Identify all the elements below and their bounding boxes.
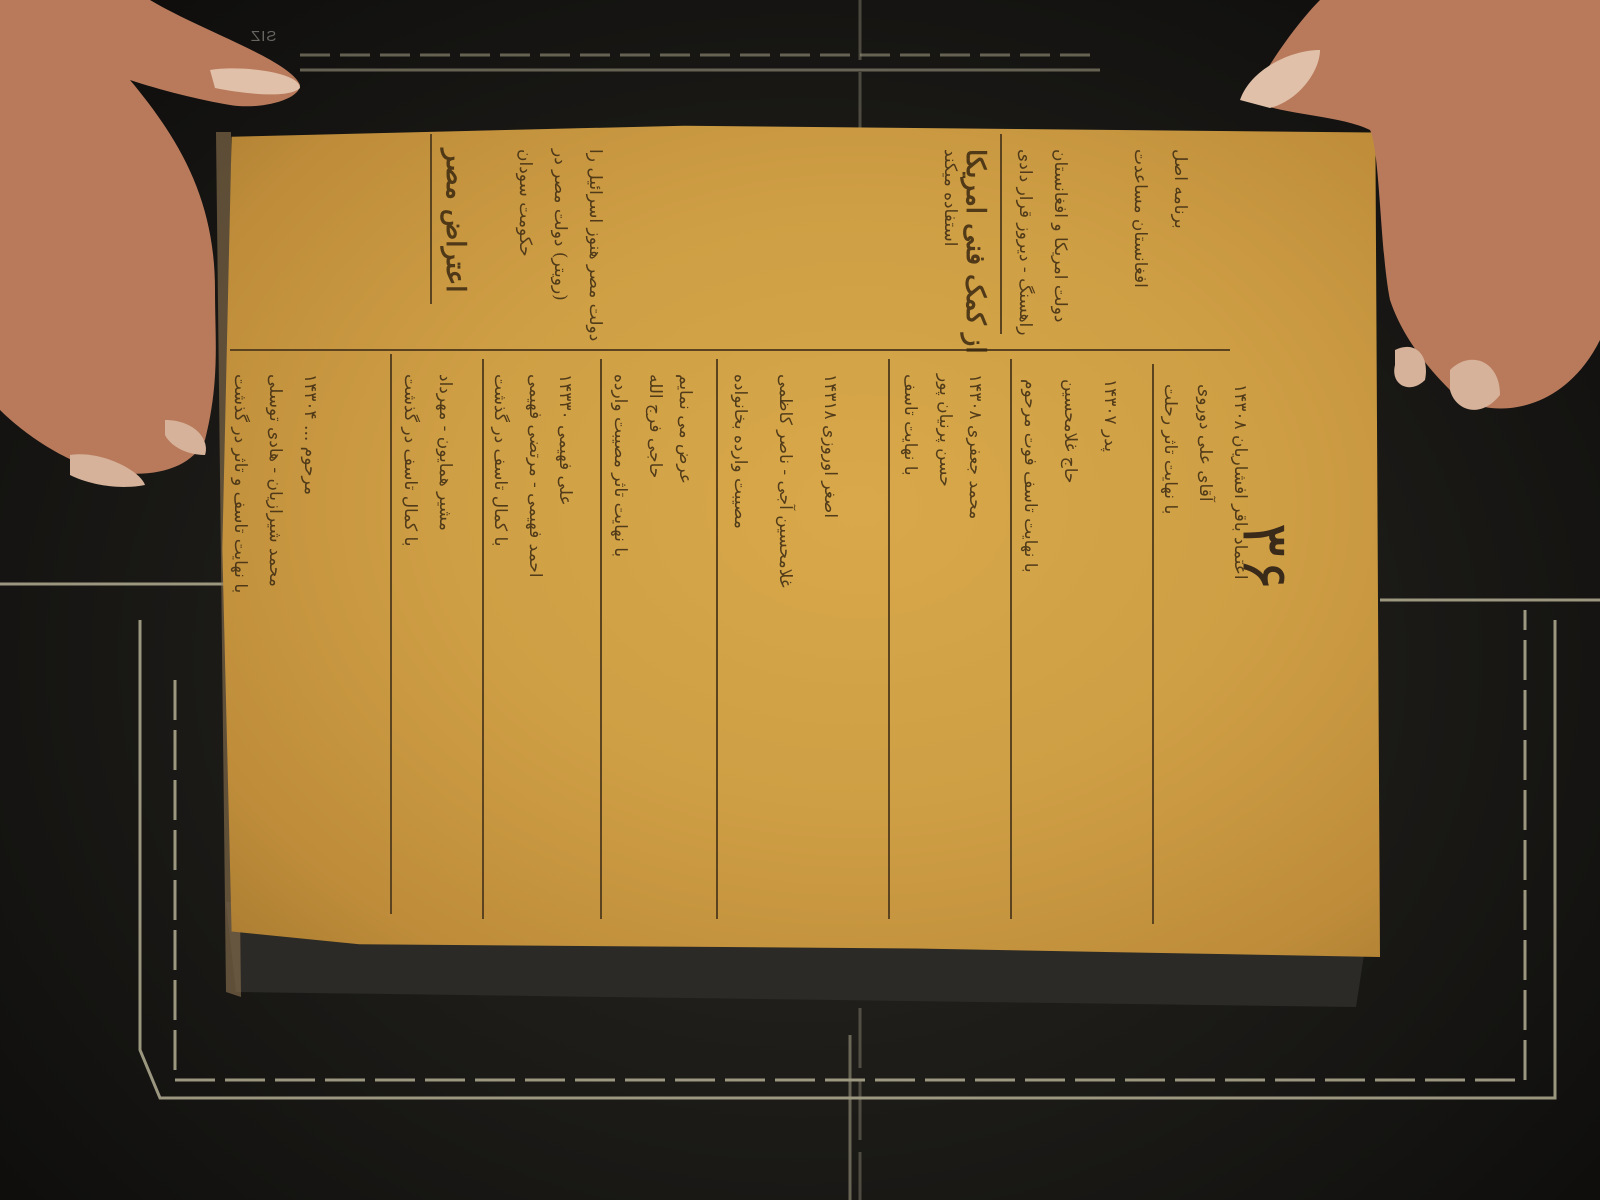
column-rule	[482, 359, 484, 919]
article-line: دولت امریکا و افغانستان	[1050, 149, 1070, 323]
handwritten-number: ۳۶	[1227, 523, 1301, 592]
article-line: راهسنگ - دیروز قرار دادی	[1015, 149, 1035, 335]
column-rule	[430, 134, 432, 304]
section-divider	[230, 349, 1230, 351]
column-rule	[600, 359, 602, 919]
notice-line: پدر ۱۴۳۰۷	[1100, 379, 1120, 452]
right-hand	[1230, 0, 1600, 430]
notice-line: آقای علی دوروی	[1195, 384, 1215, 502]
article-line: دولت مصر هنوز اسرائیل را	[585, 149, 605, 341]
notice-line: غلامحسین آجی - ناصر کاظمی	[775, 374, 795, 588]
article-line: افغانستان مساعدت	[1130, 149, 1150, 288]
newspaper-cover: اعتراض مصر حکومت سودان (رویتر) دولت مصر …	[220, 124, 1380, 974]
notice-line: عرض می نمایم	[675, 374, 695, 484]
left-hand	[0, 0, 320, 500]
notice-line: حاجی فرج الله	[645, 374, 665, 478]
column-rule	[888, 359, 890, 919]
notice-line: علی فهیمی ۱۴۳۳۰	[555, 374, 575, 506]
column-rule	[1010, 359, 1012, 919]
article-line: استفاده میکند	[940, 149, 960, 246]
notice-line: با نهایت تاسف فوت مرحوم	[1020, 379, 1040, 573]
notice-line: محمد جعفری ۱۴۳۰۸	[965, 374, 985, 519]
book: اعتراض مصر حکومت سودان (رویتر) دولت مصر …	[216, 112, 1382, 1012]
notice-line: با نهایت تاثر رحلت	[1160, 384, 1180, 514]
notice-line: حسن پرنیان پور	[935, 374, 955, 487]
article-line: حکومت سودان	[515, 149, 535, 257]
notice-line: با نهایت تاسف	[900, 374, 920, 476]
notice-line: مشیر همایون - مهرداد	[435, 374, 455, 531]
headline: اعتراض مصر	[440, 149, 470, 292]
column-rule	[716, 359, 718, 919]
article-line: (رویتر) دولت مصر در	[550, 149, 570, 301]
article-line: برنامه اصل	[1170, 149, 1190, 229]
column-rule	[390, 354, 392, 914]
notice-line: با نهایت تاثر مصیبت وارده	[610, 374, 630, 557]
column-rule	[1000, 134, 1002, 334]
column-rule	[1152, 364, 1154, 924]
notice-line: اصغر اوروزی ۱۴۳۱۸	[820, 374, 840, 518]
notice-line: با کمال تاسف در گذشت	[490, 374, 510, 546]
notice-line: احمد فهیمی - مرتضی فهیمی	[525, 374, 545, 578]
notice-line: مصیبت وارده بخانواده	[730, 374, 750, 529]
notice-line: با کمال تاسف در گذشت	[400, 374, 420, 546]
notice-line: حاج غلامحسین	[1060, 379, 1080, 483]
headline: از کمک فنی امریکا	[960, 149, 990, 354]
